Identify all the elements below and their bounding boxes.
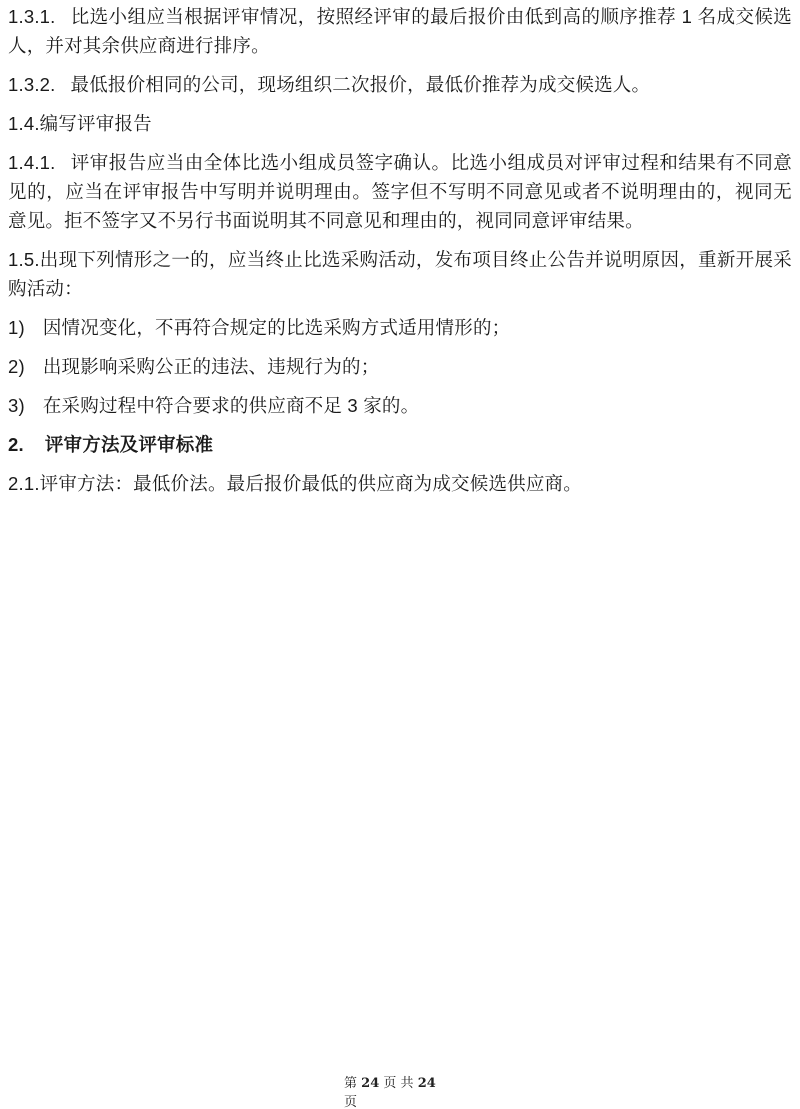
- list-number-3: 3): [8, 395, 25, 416]
- page-footer-line2: 页: [344, 1093, 464, 1109]
- list-text-1: 因情况变化，不再符合规定的比选采购方式适用情形的；: [43, 317, 511, 338]
- clause-number-1-3-2: 1.3.2.: [8, 74, 56, 95]
- footer-label-di: 第: [344, 1076, 357, 1091]
- page-footer-line1: 第 24 页 共 24: [344, 1074, 464, 1093]
- list-number-1: 1): [8, 317, 25, 338]
- list-item-1: 1)因情况变化，不再符合规定的比选采购方式适用情形的；: [8, 313, 792, 342]
- clause-text-1-4: 1.4.编写评审报告: [8, 113, 152, 134]
- list-text-2: 出现影响采购公正的违法、违规行为的；: [43, 356, 380, 377]
- footer-page-number: 24: [361, 1076, 379, 1091]
- clause-number-1-4-1: 1.4.1.: [8, 152, 56, 173]
- section-number-2: 2.: [8, 434, 24, 455]
- footer-total-pages: 24: [418, 1076, 436, 1091]
- paragraph-1-3-2: 1.3.2.最低报价相同的公司，现场组织二次报价，最低价推荐为成交候选人。: [8, 70, 792, 99]
- clause-text-1-3-1: 比选小组应当根据评审情况，按照经评审的最后报价由低到高的顺序推荐 1 名成交候选…: [8, 6, 792, 56]
- footer-label-ye: 页: [383, 1076, 396, 1091]
- clause-text-1-3-2: 最低报价相同的公司，现场组织二次报价，最低价推荐为成交候选人。: [71, 74, 651, 95]
- paragraph-1-3-1: 1.3.1.比选小组应当根据评审情况，按照经评审的最后报价由低到高的顺序推荐 1…: [8, 2, 792, 60]
- list-number-2: 2): [8, 356, 25, 377]
- paragraph-1-4-1: 1.4.1.评审报告应当由全体比选小组成员签字确认。比选小组成员对评审过程和结果…: [8, 148, 792, 235]
- page-footer: 第 24 页 共 24 页: [344, 1074, 464, 1109]
- list-text-3: 在采购过程中符合要求的供应商不足 3 家的。: [43, 395, 419, 416]
- footer-label-gong: 共: [401, 1076, 414, 1091]
- list-item-3: 3)在采购过程中符合要求的供应商不足 3 家的。: [8, 391, 792, 420]
- document-page-content: 1.3.1.比选小组应当根据评审情况，按照经评审的最后报价由低到高的顺序推荐 1…: [8, 2, 792, 508]
- section-heading-2: 2.评审方法及评审标准: [8, 430, 792, 459]
- paragraph-1-5: 1.5.出现下列情形之一的，应当终止比选采购活动，发布项目终止公告并说明原因，重…: [8, 245, 792, 303]
- clause-text-2-1: 2.1.评审方法：最低价法。最后报价最低的供应商为成交候选供应商。: [8, 473, 582, 494]
- clause-text-1-4-1: 评审报告应当由全体比选小组成员签字确认。比选小组成员对评审过程和结果有不同意见的…: [8, 152, 792, 231]
- clause-text-1-5: 1.5.出现下列情形之一的，应当终止比选采购活动，发布项目终止公告并说明原因，重…: [8, 249, 792, 299]
- paragraph-1-4: 1.4.编写评审报告: [8, 109, 792, 138]
- clause-number-1-3-1: 1.3.1.: [8, 6, 56, 27]
- list-item-2: 2)出现影响采购公正的违法、违规行为的；: [8, 352, 792, 381]
- paragraph-2-1: 2.1.评审方法：最低价法。最后报价最低的供应商为成交候选供应商。: [8, 469, 792, 498]
- section-title-2: 评审方法及评审标准: [45, 434, 213, 455]
